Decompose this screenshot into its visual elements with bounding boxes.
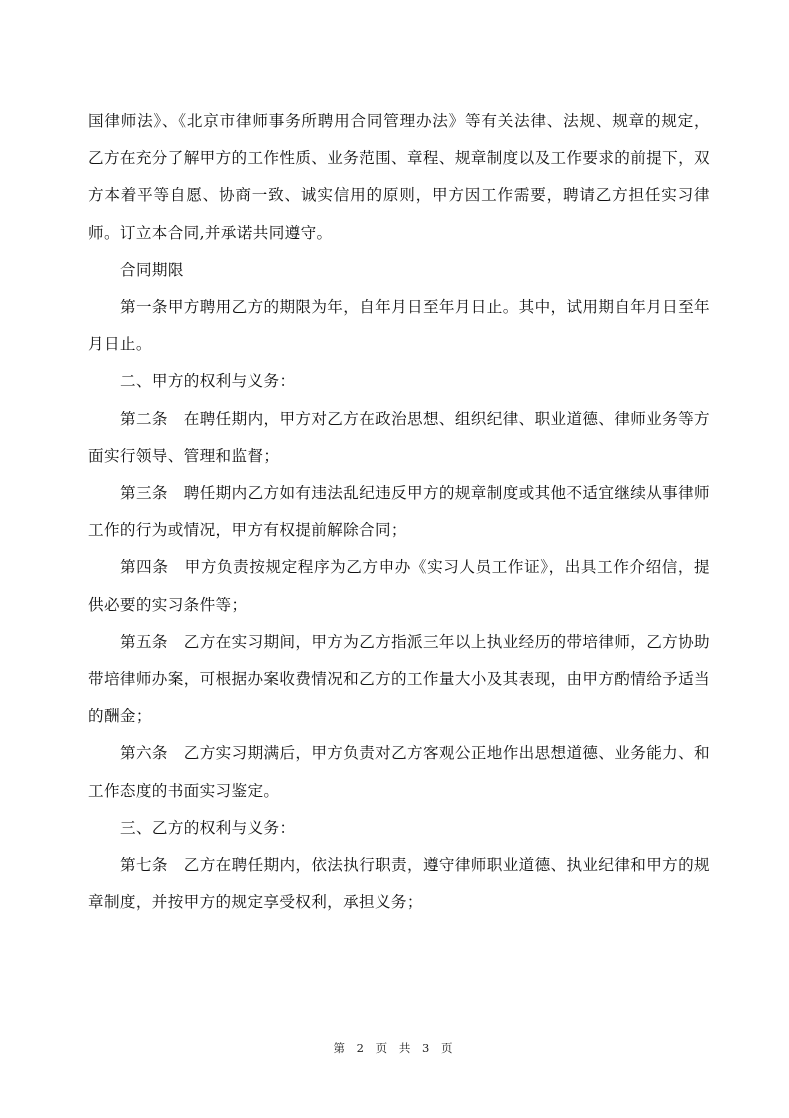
article-3: 第三条 聘任期内乙方如有违法乱纪违反甲方的规章制度或其他不适宜继续从事律师工作的… bbox=[88, 475, 710, 549]
article-4: 第四条 甲方负责按规定程序为乙方申办《实习人员工作证》，出具工作介绍信，提供必要… bbox=[88, 549, 710, 623]
section-heading-contract-term: 合同期限 bbox=[88, 252, 710, 289]
article-5: 第五条 乙方在实习期间，甲方为乙方指派三年以上执业经历的带培律师，乙方协助带培律… bbox=[88, 624, 710, 736]
document-page: 国律师法》、《北京市律师事务所聘用合同管理办法》等有关法律、法规、规章的规定，乙… bbox=[0, 0, 789, 1118]
section-heading-party-b-rights: 三、乙方的权利与义务： bbox=[88, 810, 710, 847]
article-7: 第七条 乙方在聘任期内，依法执行职责，遵守律师职业道德、执业纪律和甲方的规章制度… bbox=[88, 847, 710, 921]
page-number-footer: 第 2 页 共 3 页 bbox=[0, 1040, 789, 1056]
article-1: 第一条甲方聘用乙方的期限为年，自年月日至年月日止。其中，试用期自年月日至年月日止… bbox=[88, 289, 710, 363]
section-heading-party-a-rights: 二、甲方的权利与义务： bbox=[88, 363, 710, 400]
article-2: 第二条 在聘任期内，甲方对乙方在政治思想、组织纪律、职业道德、律师业务等方面实行… bbox=[88, 401, 710, 475]
paragraph-preamble-continuation: 国律师法》、《北京市律师事务所聘用合同管理办法》等有关法律、法规、规章的规定，乙… bbox=[88, 103, 710, 252]
article-6: 第六条 乙方实习期满后，甲方负责对乙方客观公正地作出思想道德、业务能力、和工作态… bbox=[88, 735, 710, 809]
document-body: 国律师法》、《北京市律师事务所聘用合同管理办法》等有关法律、法规、规章的规定，乙… bbox=[88, 103, 710, 921]
